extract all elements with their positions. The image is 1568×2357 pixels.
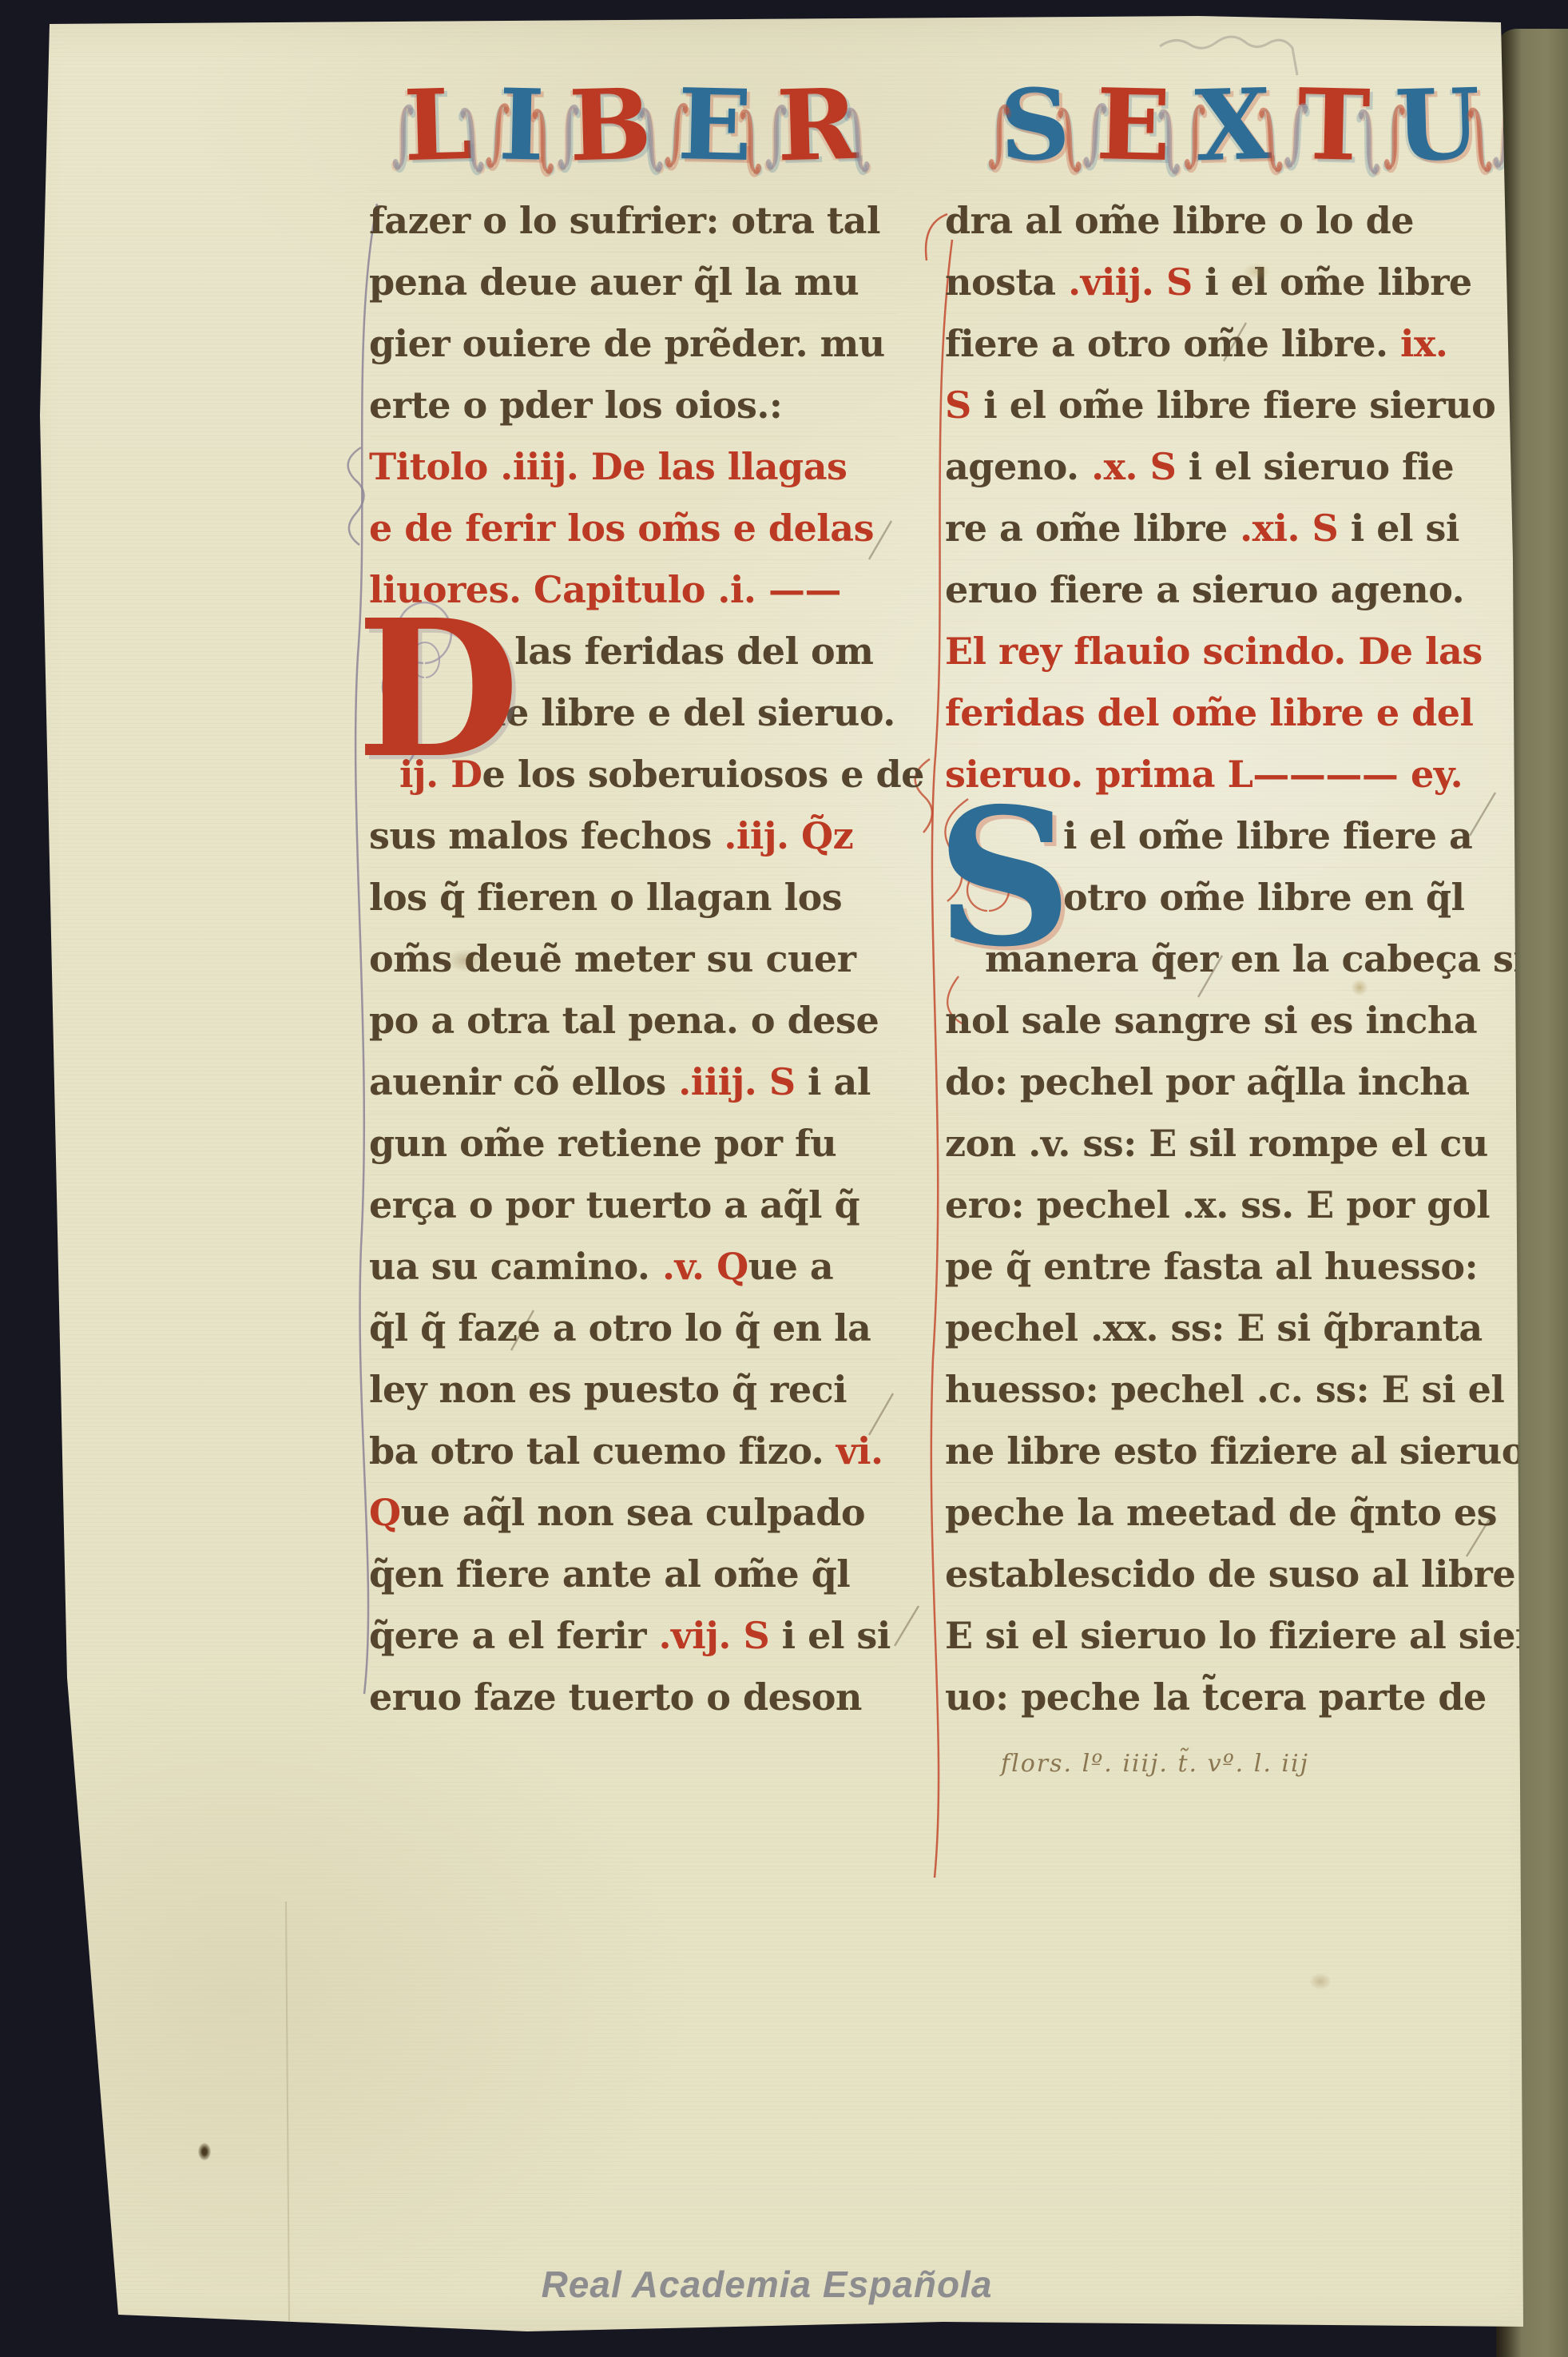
body-text: ne libre e del sieruo.: [479, 691, 895, 734]
body-text: nosta: [945, 260, 1068, 304]
photograph-backdrop: LIBER SEXTUS fazer o lo sufrier: otra ta…: [0, 0, 1568, 2357]
text-line: q̃l q̃ faze a otro lo q̃ en la: [369, 1298, 896, 1359]
rubric-text: feridas del om̃e libre e del: [945, 691, 1474, 734]
text-line: Que aq̃l non sea culpado: [369, 1482, 896, 1544]
body-text: ley non es puesto q̃ reci: [369, 1368, 847, 1411]
text-line: eruo fiere a sieruo ageno.: [945, 559, 1514, 621]
text-line: huesso: pechel .c. ss: E si el om: [945, 1359, 1514, 1421]
parchment-spot: [1243, 264, 1270, 280]
body-text: ba otro tal cuemo fizo.: [369, 1429, 836, 1473]
body-text: do: pechel por aq̃lla incha: [945, 1060, 1470, 1103]
rubric-text: .viij. S: [1068, 260, 1193, 304]
body-text: gier ouiere de prẽder. mu: [369, 322, 885, 365]
text-line: po a otra tal pena. o dese: [369, 990, 896, 1051]
header-letter-e: E: [676, 71, 753, 209]
body-text: erça o por tuerto a aq̃l q̃: [369, 1183, 859, 1226]
rubric-text: El rey flauio scindo. De las: [945, 630, 1483, 673]
body-text: eruo faze tuerto o deson: [369, 1675, 862, 1719]
body-text: ua su camino.: [369, 1245, 662, 1288]
rubric-text: vi.: [836, 1429, 883, 1473]
body-text: auenir cõ ellos: [369, 1060, 678, 1103]
rubric-text: e de ferir los om̃s e delas: [369, 507, 874, 550]
body-text: otro om̃e libre en q̃l: [1063, 876, 1465, 919]
text-line: feridas del om̃e libre e del: [945, 682, 1514, 744]
text-line: nol sale sangre si es incha: [945, 990, 1514, 1051]
text-line: gier ouiere de prẽder. mu: [369, 313, 896, 375]
parchment-smudge: [447, 949, 484, 972]
body-text: i el om̃e libre fiere sieruo: [971, 384, 1496, 427]
text-line: dra al om̃e libre o lo de: [945, 190, 1514, 252]
body-text: q̃en fiere ante al om̃e q̃l: [369, 1552, 850, 1596]
text-line: pe q̃ entre fasta al huesso:: [945, 1236, 1514, 1298]
body-text: i el om̃e libre: [1193, 260, 1472, 304]
body-text: q̃l q̃ faze a otro lo q̃ en la: [369, 1306, 871, 1349]
header-word-sextus: SEXTUS: [1000, 72, 1568, 208]
body-text: nol sale sangre si es incha: [945, 999, 1477, 1042]
text-line: ley non es puesto q̃ reci: [369, 1359, 896, 1421]
text-line: erça o por tuerto a aq̃l q̃: [369, 1175, 896, 1236]
text-line: S i el om̃e libre fiere sieruo: [945, 375, 1514, 436]
body-text: ue a: [748, 1245, 834, 1288]
marginal-annotation: flors. lº. iiij. t̃. vº. l. iij: [1001, 1750, 1309, 1778]
body-text: gun om̃e retiene por fu: [369, 1122, 836, 1165]
body-text: om̃s deuẽ meter su cuer: [369, 937, 855, 980]
body-text: los q̃ fieren o llagan los: [369, 876, 842, 919]
text-line: pechel .xx. ss: E si q̃branta: [945, 1298, 1514, 1359]
ink-fleck: [198, 2143, 211, 2160]
body-text: establescido de suso al libre: [945, 1552, 1515, 1596]
body-text: dra al om̃e libre o lo de: [945, 199, 1414, 242]
parchment-spot: [1310, 1973, 1331, 1989]
text-line: ne libre esto fiziere al sieruo: [945, 1421, 1514, 1482]
body-text: i al: [796, 1060, 871, 1103]
body-text: pena deue auer q̃l la mu: [369, 260, 859, 304]
text-line: El rey flauio scindo. De las: [945, 621, 1514, 682]
text-line: erte o pder los oios.:: [369, 375, 896, 436]
body-text: i el sieruo fie: [1176, 445, 1454, 488]
text-line: fazer o lo sufrier: otra tal: [369, 190, 896, 252]
rubric-text: Q: [369, 1491, 401, 1534]
text-line: ageno. .x. S i el sieruo fie: [945, 436, 1514, 498]
body-text: re a om̃e libre: [945, 507, 1240, 550]
text-line: re a om̃e libre .xi. S i el si: [945, 498, 1514, 559]
header-letter-r: R: [776, 71, 860, 209]
header-word-liber: LIBER: [404, 72, 858, 208]
text-line: eruo faze tuerto o deson: [369, 1667, 896, 1728]
body-text: sus malos fechos: [369, 814, 724, 857]
text-line: ero: pechel .x. ss. E por gol: [945, 1175, 1514, 1236]
header-letter-x: X: [1194, 71, 1273, 209]
text-line: e de ferir los om̃s e delas: [369, 498, 896, 559]
body-text: pechel .xx. ss: E si q̃branta: [945, 1306, 1483, 1349]
body-text: q̃ere a el ferir: [369, 1614, 659, 1657]
body-text: fazer o lo sufrier: otra tal: [369, 199, 880, 242]
parchment-spot: [1352, 980, 1368, 996]
text-line: gun om̃e retiene por fu: [369, 1113, 896, 1175]
text-line: uo: peche la t̃cera parte de: [945, 1667, 1514, 1728]
header-letter-l: L: [403, 71, 474, 209]
rubric-text: .v. Q: [662, 1245, 748, 1288]
text-line: fiere a otro om̃e libre. ix.: [945, 313, 1514, 375]
body-text: erte o pder los oios.:: [369, 384, 782, 427]
text-line: establescido de suso al libre: [945, 1544, 1514, 1605]
text-line: q̃en fiere ante al om̃e q̃l: [369, 1544, 896, 1605]
body-text: ero: pechel .x. ss. E por gol: [945, 1183, 1490, 1226]
text-line: do: pechel por aq̃lla incha: [945, 1051, 1514, 1113]
initial-letter-s: S: [936, 777, 1072, 978]
body-text: i el si: [1338, 507, 1459, 550]
body-text: ue aq̃l non sea culpado: [401, 1491, 866, 1534]
body-text: peche la meetad de q̃nto es: [945, 1491, 1497, 1534]
text-line: peche la meetad de q̃nto es: [945, 1482, 1514, 1544]
body-text: po a otra tal pena. o dese: [369, 999, 879, 1042]
text-line: sus malos fechos .iij. Q̃z: [369, 805, 896, 867]
text-line: E si el sieruo lo fiziere al sier: [945, 1605, 1514, 1667]
watermark-text: Real Academia Española: [495, 2263, 1038, 2306]
body-text: i el si: [769, 1614, 891, 1657]
rubric-text: .vij. S: [659, 1614, 770, 1657]
text-line: q̃ere a el ferir .vij. S i el si: [369, 1605, 896, 1667]
text-line: auenir cõ ellos .iiij. S i al: [369, 1051, 896, 1113]
body-text: zon .v. ss: E sil rompe el cu: [945, 1122, 1488, 1165]
body-text: ageno.: [945, 445, 1091, 488]
body-text: E si el sieruo lo fiziere al sier: [945, 1614, 1534, 1657]
text-line: los q̃ fieren o llagan los: [369, 867, 896, 928]
header-letter-u: U: [1393, 71, 1482, 209]
rubric-text: S: [945, 384, 971, 427]
body-text: uo: peche la t̃cera parte de: [945, 1675, 1487, 1719]
rubric-text: .iiij. S: [678, 1060, 795, 1103]
body-text: pe q̃ entre fasta al huesso:: [945, 1245, 1478, 1288]
red-flourish-hook: [926, 214, 947, 260]
rubric-text: .iij. Q̃z: [724, 814, 853, 857]
header-letter-b: B: [568, 71, 654, 209]
body-text: e los soberuiosos e de: [482, 753, 924, 796]
initial-letter-d: D: [356, 591, 520, 786]
body-text: fiere a otro om̃e libre.: [945, 322, 1400, 365]
parchment-crease: [286, 1902, 289, 2321]
manuscript-page: LIBER SEXTUS fazer o lo sufrier: otra ta…: [0, 0, 1568, 2357]
rubric-text: .xi. S: [1240, 507, 1338, 550]
rubric-text: Titolo .iiij. De las llagas: [369, 445, 847, 488]
text-line: pena deue auer q̃l la mu: [369, 252, 896, 313]
text-line: Titolo .iiij. De las llagas: [369, 436, 896, 498]
text-line: ua su camino. .v. Que a: [369, 1236, 896, 1298]
body-text: eruo fiere a sieruo ageno.: [945, 568, 1464, 611]
body-text: i el om̃e libre fiere a: [1063, 814, 1472, 857]
body-text: ne libre esto fiziere al sieruo: [945, 1429, 1526, 1473]
header-letter-s: S: [998, 71, 1073, 209]
header-letter-t: T: [1296, 71, 1371, 209]
header-letter-i: I: [497, 71, 546, 208]
body-text: e las feridas del om: [479, 630, 873, 673]
text-line: ba otro tal cuemo fizo. vi.: [369, 1421, 896, 1482]
header-letter-e: E: [1094, 71, 1172, 209]
body-text: huesso: pechel .c. ss: E si el om: [945, 1368, 1568, 1411]
rubric-text: ix.: [1400, 322, 1447, 365]
rubric-text: .x. S: [1091, 445, 1176, 488]
text-line: nosta .viij. S i el om̃e libre: [945, 252, 1514, 313]
text-line: zon .v. ss: E sil rompe el cu: [945, 1113, 1514, 1175]
